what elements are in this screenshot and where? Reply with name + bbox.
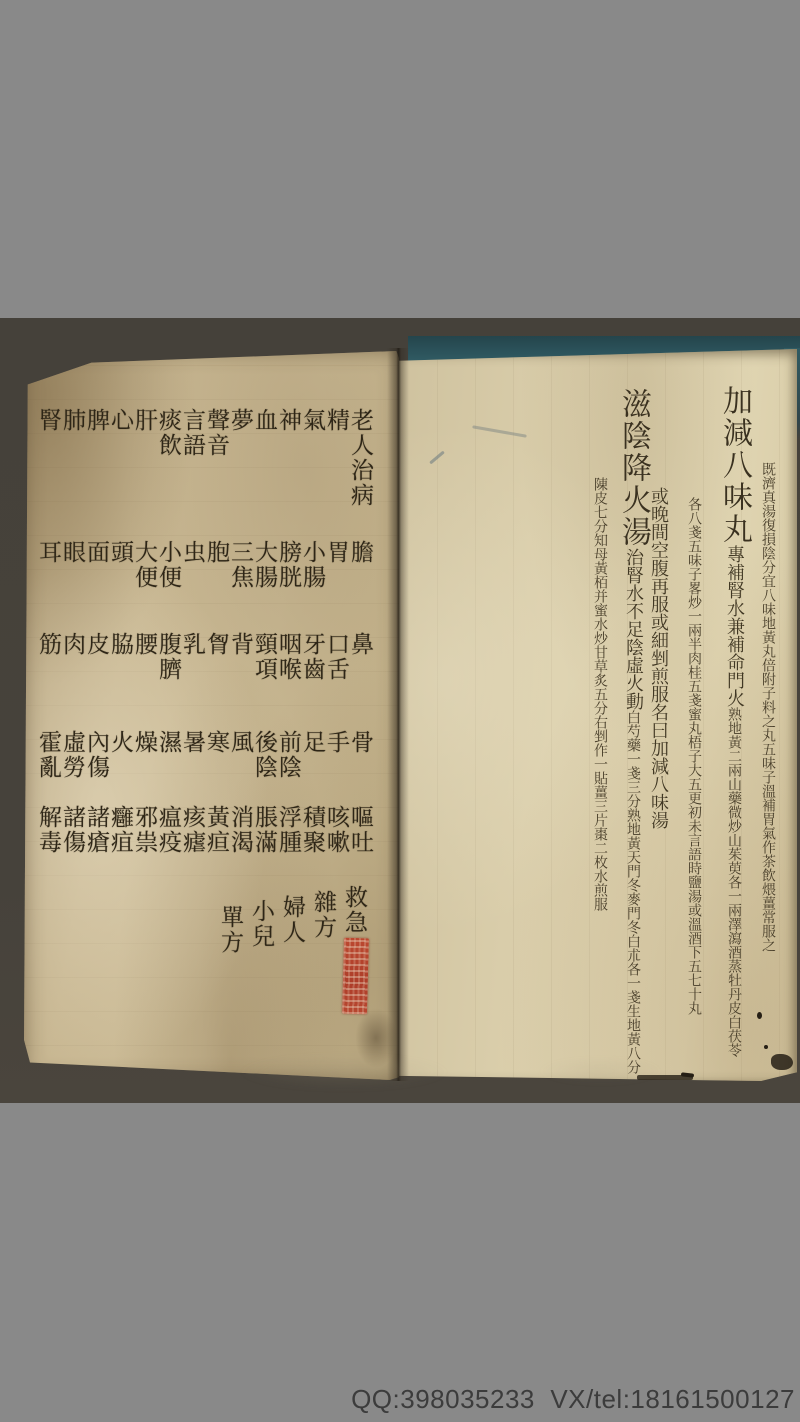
toc-entry: 膽 <box>348 540 372 565</box>
toc-entry: 神 <box>276 408 300 433</box>
toc-entry: 頸項 <box>252 632 276 682</box>
toc-entry: 老人治病 <box>348 408 372 508</box>
toc-entry: 乳 <box>180 632 204 657</box>
toc-entry: 牙齒 <box>300 632 324 682</box>
ink-speck <box>764 1045 768 1049</box>
toc-entry: 腎 <box>36 408 60 433</box>
toc-entry: 足 <box>300 730 324 755</box>
manuscript-column: 各八戔五味子畧炒一兩半肉桂五戔蜜丸梧子大五更初未言語時鹽湯或溫酒下五七十丸 <box>684 497 704 1023</box>
toc-entry: 腰 <box>132 632 156 657</box>
toc-entry: 霍亂 <box>36 730 60 780</box>
manuscript-text-segment: 專補腎水兼補命門火 <box>724 545 745 707</box>
toc-entry: 手 <box>324 730 348 755</box>
screenshot-stage: 老人治病精氣神血夢聲音言語痰飲肝心脾肺腎 膽胃小腸膀胱大腸三焦胞虫小便大便頭面眼… <box>0 0 800 1422</box>
manuscript-text-segment: 既濟真湯復損陰分宜八味地黃丸倍附子料之丸五味子溫補胃氣作茶飲煨薑常服之 <box>760 462 776 952</box>
toc-entry: 痰飲 <box>156 408 180 458</box>
toc-entry: 鼻 <box>348 632 372 657</box>
toc-row: 膽胃小腸膀胱大腸三焦胞虫小便大便頭面眼耳 <box>36 540 372 590</box>
toc-entry: 大腸 <box>252 540 276 590</box>
toc-entry: 風 <box>228 730 252 755</box>
toc-entry: 精 <box>324 408 348 433</box>
toc-entry: 瘟疫 <box>156 805 180 855</box>
manuscript-text-segment: 治腎水不足陰虛火動 <box>623 548 644 710</box>
toc-entry: 單方 <box>218 905 242 955</box>
gutter-shadow <box>387 348 409 1081</box>
toc-entry: 消渴 <box>228 805 252 855</box>
toc-entry: 腹臍 <box>156 632 180 682</box>
toc-entry: 肺 <box>60 408 84 433</box>
toc-entry: 痎瘧 <box>180 805 204 855</box>
toc-entry: 內傷 <box>84 730 108 780</box>
toc-entry: 口舌 <box>324 632 348 682</box>
photo-area: 老人治病精氣神血夢聲音言語痰飲肝心脾肺腎 膽胃小腸膀胱大腸三焦胞虫小便大便頭面眼… <box>0 318 800 1103</box>
toc-entry: 虫 <box>180 540 204 565</box>
toc-row: 鼻口舌牙齒咽喉頸項背胷乳腹臍腰脇皮肉筋 <box>36 632 372 682</box>
toc-entry: 積聚 <box>300 805 324 855</box>
toc-entry: 諸傷 <box>60 805 84 855</box>
toc-entry: 皮 <box>84 632 108 657</box>
toc-entry: 暑 <box>180 730 204 755</box>
toc-entry: 咳嗽 <box>324 805 348 855</box>
manuscript-text-segment: 加減八味丸 <box>717 385 752 545</box>
page-smudge <box>238 1054 450 1090</box>
toc-entry: 背 <box>228 632 252 657</box>
toc-entry: 浮腫 <box>276 805 300 855</box>
toc-entry: 胷 <box>204 632 228 657</box>
toc-entry: 救急 <box>342 885 366 935</box>
toc-entry: 脹滿 <box>252 805 276 855</box>
toc-entry: 頭 <box>108 540 132 565</box>
toc-entry: 肉 <box>60 632 84 657</box>
toc-entry: 雜方 <box>311 890 335 940</box>
toc-entry: 言語 <box>180 408 204 458</box>
ink-speck <box>771 1054 793 1070</box>
manuscript-text-segment: 各八戔五味子畧炒一兩半肉桂五戔蜜丸梧子大五更初未言語時鹽湯或溫酒下五七十丸 <box>686 497 702 1015</box>
toc-entry: 面 <box>84 540 108 565</box>
toc-row: 嘔吐咳嗽積聚浮腫脹滿消渴黃疸痎瘧瘟疫邪祟癰疽諸瘡諸傷解毒 <box>36 805 372 855</box>
watermark-contact-text: QQ:398035233 VX/tel:18161500127 <box>351 1384 795 1415</box>
toc-entry: 解毒 <box>36 805 60 855</box>
toc-entry: 膀胱 <box>276 540 300 590</box>
toc-entry: 筋 <box>36 632 60 657</box>
manuscript-column: 既濟真湯復損陰分宜八味地黃丸倍附子料之丸五味子溫補胃氣作茶飲煨薑常服之 <box>758 462 778 962</box>
toc-entry: 氣 <box>300 408 324 433</box>
toc-entry: 大便 <box>132 540 156 590</box>
toc-entry: 婦人 <box>280 895 304 945</box>
toc-entry: 黃疸 <box>204 805 228 855</box>
toc-row: 老人治病精氣神血夢聲音言語痰飲肝心脾肺腎 <box>36 408 372 508</box>
toc-entry: 夢 <box>228 408 252 433</box>
toc-entry: 三焦 <box>228 540 252 590</box>
toc-entry: 小兒 <box>249 899 273 949</box>
manuscript-text-segment: 熟地黃二兩山藥微炒山茱萸各一兩澤瀉酒蒸牡丹皮白茯苓 <box>726 707 742 1057</box>
toc-entry: 小腸 <box>300 540 324 590</box>
toc-entry: 火 <box>108 730 132 755</box>
toc-entry: 脾 <box>84 408 108 433</box>
toc-entry: 耳 <box>36 540 60 565</box>
toc-row: 骨手足前陰後陰風寒暑濕燥火內傷虛勞霍亂 <box>36 730 372 780</box>
toc-entry: 血 <box>252 408 276 433</box>
toc-entry: 脇 <box>108 632 132 657</box>
manuscript-column: 滋陰降火湯治腎水不足陰虛火動白芍藥一戔三分熟地黃天門冬麥門冬白朮各一戔生地黃八分 <box>611 388 655 1080</box>
page-smudge <box>538 1058 663 1084</box>
toc-entry: 寒 <box>204 730 228 755</box>
seal-stamp <box>342 938 369 1015</box>
toc-entry: 燥 <box>132 730 156 755</box>
toc-entry: 後陰 <box>252 730 276 780</box>
manuscript-column: 陳皮七分知母黃栢并蜜水炒甘草炙五分右剉作一貼薑三片棗二枚水煎服 <box>590 477 610 919</box>
toc-entry: 邪祟 <box>132 805 156 855</box>
manuscript-text-segment: 滋陰降火湯 <box>616 388 651 548</box>
toc-entry: 聲音 <box>204 408 228 458</box>
toc-entry: 前陰 <box>276 730 300 780</box>
toc-entry: 虛勞 <box>60 730 84 780</box>
toc-entry: 心 <box>108 408 132 433</box>
toc-entry: 眼 <box>60 540 84 565</box>
ink-speck <box>757 1012 762 1019</box>
toc-entry: 諸瘡 <box>84 805 108 855</box>
toc-entry: 肝 <box>132 408 156 433</box>
manuscript-text-segment: 白芍藥一戔三分熟地黃天門冬麥門冬白朮各一戔生地黃八分 <box>625 710 641 1074</box>
manuscript-column: 加減八味丸專補腎水兼補命門火熟地黃二兩山藥微炒山茱萸各一兩澤瀉酒蒸牡丹皮白茯苓 <box>712 385 756 1065</box>
toc-entry: 嘔吐 <box>348 805 372 855</box>
manuscript-text-segment: 陳皮七分知母黃栢并蜜水炒甘草炙五分右剉作一貼薑三片棗二枚水煎服 <box>592 477 608 911</box>
toc-entry: 小便 <box>156 540 180 590</box>
toc-entry: 胞 <box>204 540 228 565</box>
toc-entry: 胃 <box>324 540 348 565</box>
toc-entry: 癰疽 <box>108 805 132 855</box>
toc-entry: 骨 <box>348 730 372 755</box>
toc-entry: 濕 <box>156 730 180 755</box>
toc-entry: 咽喉 <box>276 632 300 682</box>
